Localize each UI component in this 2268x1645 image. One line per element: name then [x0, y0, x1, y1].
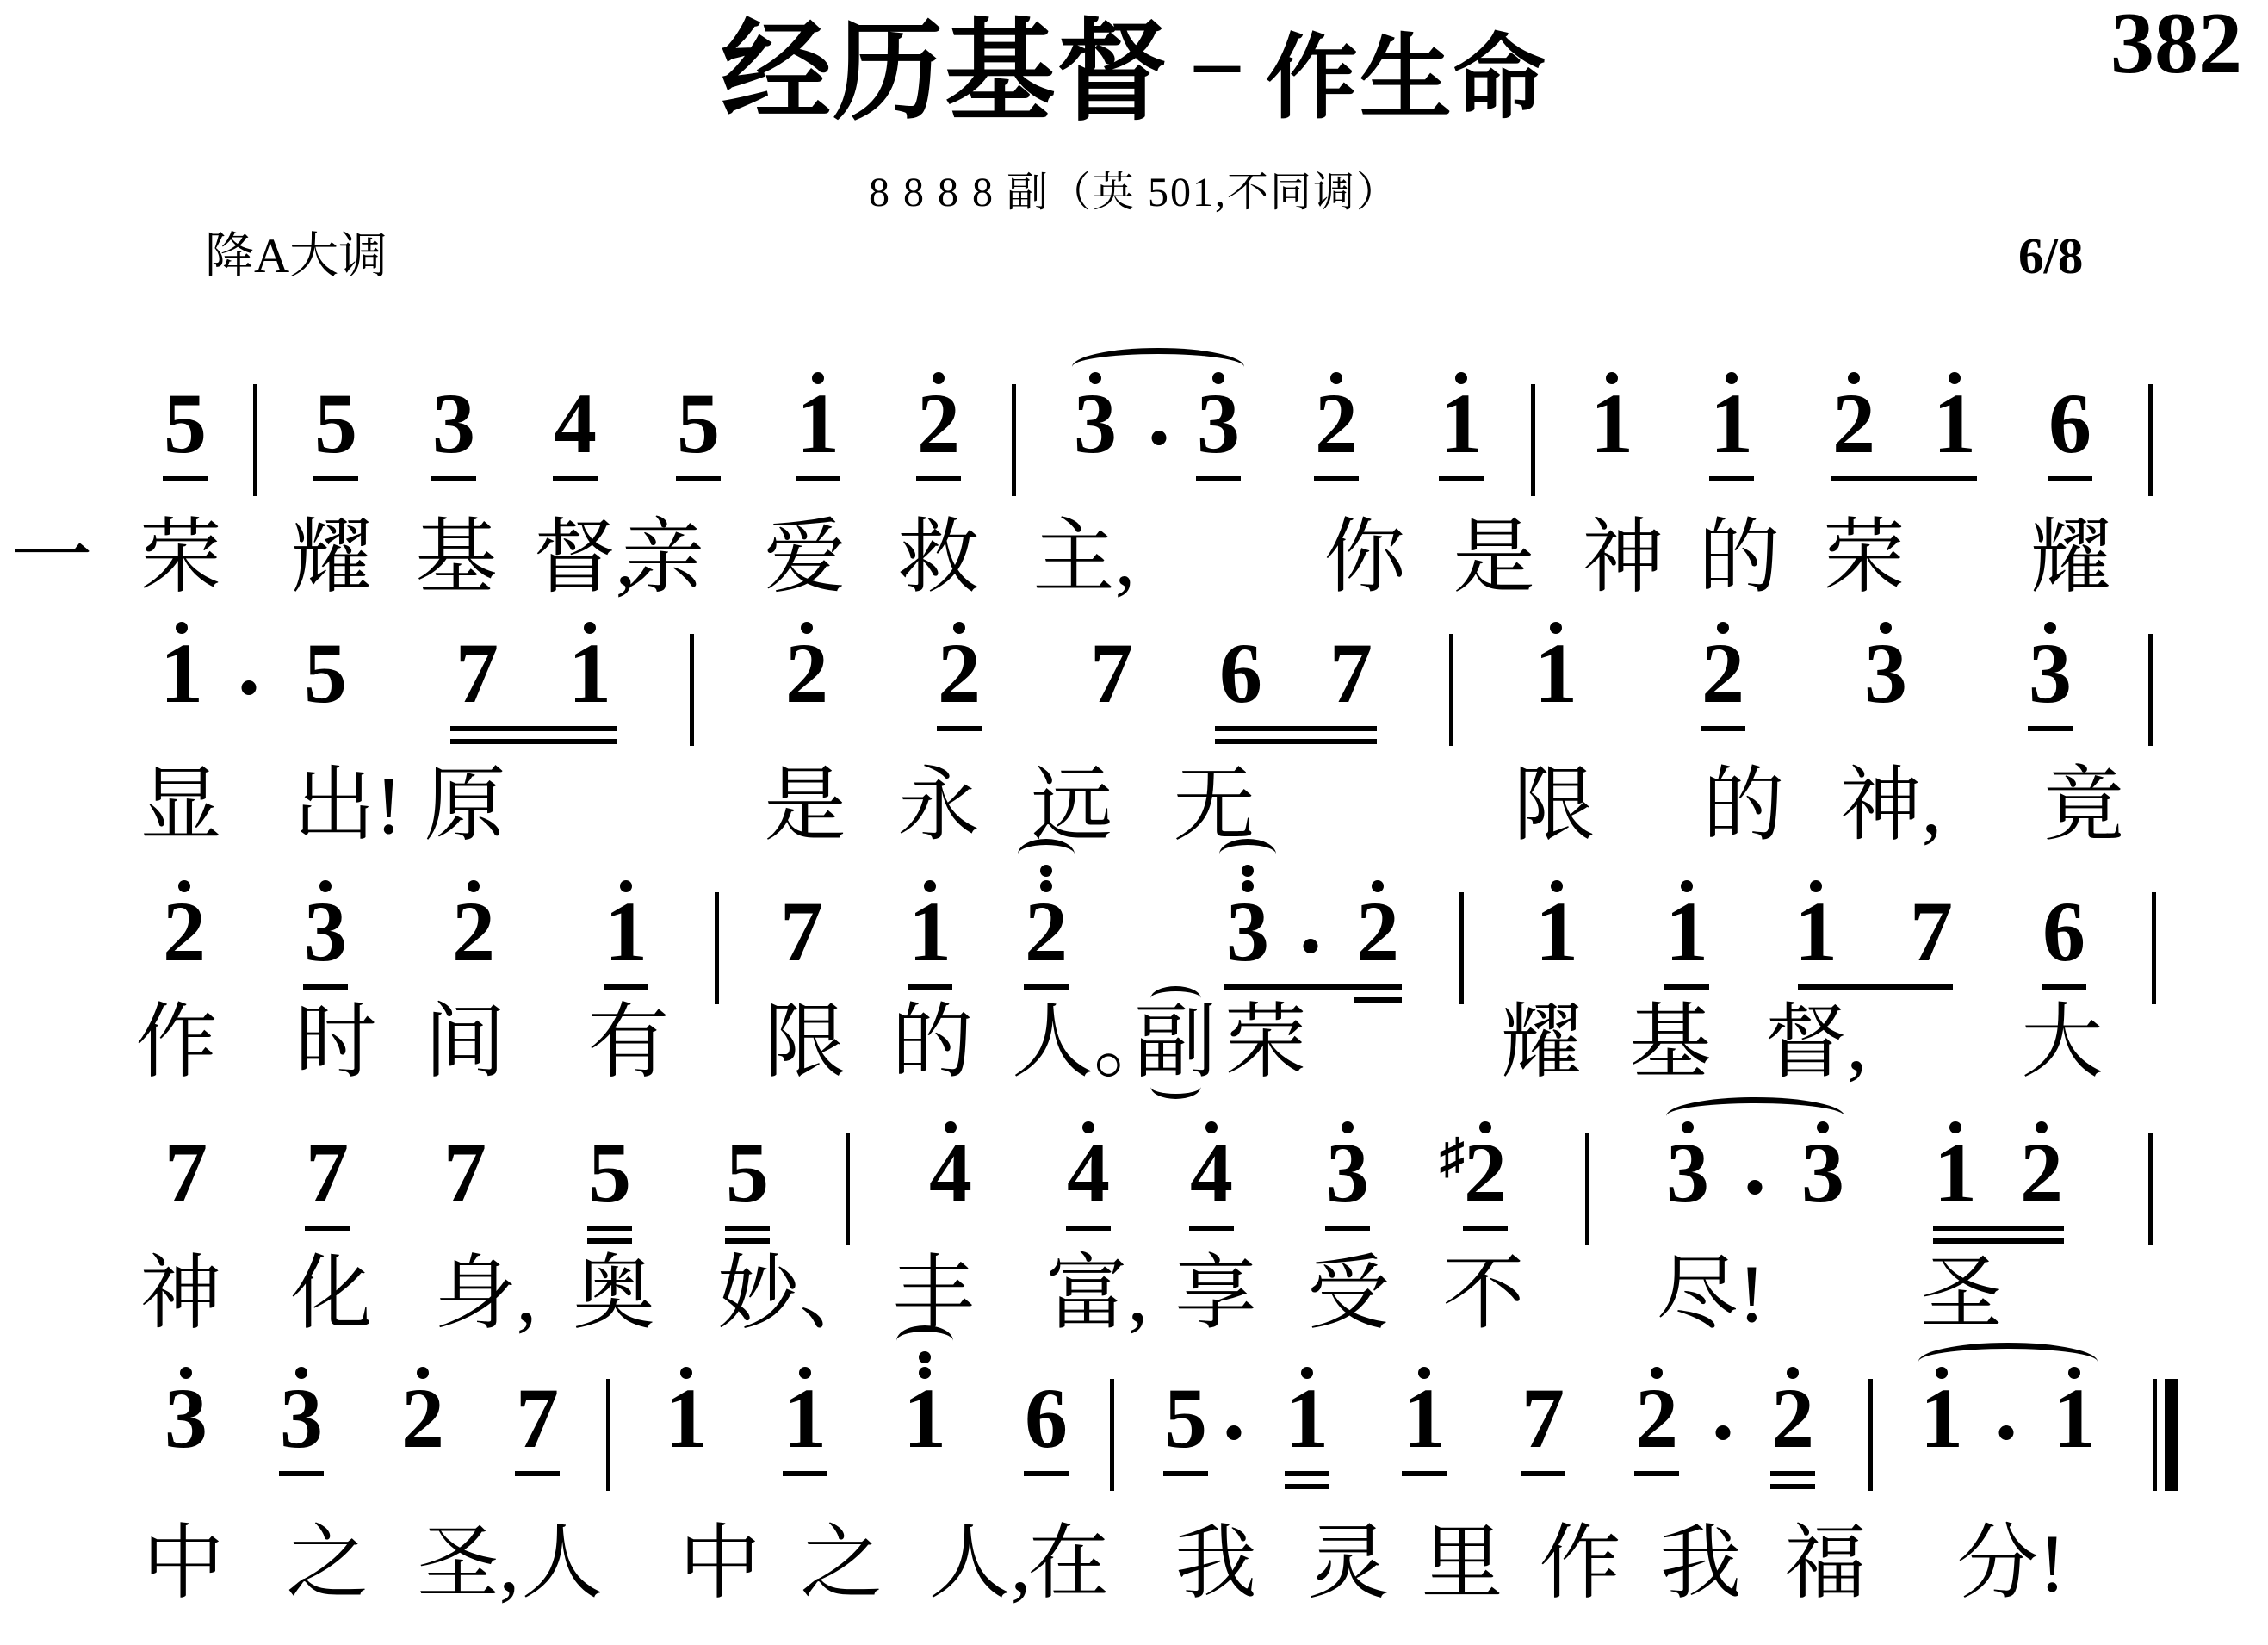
lyric-char: 身,: [435, 1253, 537, 1335]
note-digit: 1: [604, 889, 648, 975]
lyric-char: 受: [1307, 1253, 1389, 1335]
note-digit: 1: [1794, 889, 1837, 975]
duration-underline: [676, 476, 721, 481]
duration-underline: [587, 1238, 632, 1244]
note-digit: 7: [1090, 630, 1133, 717]
note-digit: 1: [665, 1375, 708, 1462]
lyric-char: 之: [286, 1523, 368, 1605]
note-digit: 7: [455, 630, 499, 717]
duration-underline: [1163, 1471, 1208, 1476]
lyric-char: 中: [142, 1523, 224, 1605]
lyric-char: 限: [764, 1002, 846, 1083]
note-digit: 2: [917, 381, 960, 467]
duration-underline: [279, 1471, 324, 1476]
duration-underline: [725, 1238, 770, 1244]
note-digit: 1: [1286, 1375, 1329, 1462]
lyric-char: 作: [135, 1002, 217, 1083]
duration-underline: [783, 1471, 827, 1476]
duration-underline: [303, 984, 348, 990]
bar-line: [253, 384, 257, 496]
note-digit: 4: [929, 1130, 972, 1216]
lyric-char: 不: [1442, 1253, 1524, 1335]
duration-underline: [604, 984, 648, 990]
duration-underline: [1189, 1226, 1234, 1231]
bar-line: [1449, 634, 1453, 746]
note-digit: 1: [1710, 381, 1753, 467]
lyric-char: 圣,: [418, 1523, 520, 1605]
note-digit: 7: [516, 1375, 559, 1462]
lyric-char: 的: [1698, 517, 1780, 599]
bar-line: [715, 892, 719, 1004]
octave-dot: [1082, 1121, 1094, 1133]
final-bar-thin: [2153, 1379, 2157, 1491]
octave-dot: [1418, 1367, 1430, 1379]
octave-dot: [1550, 622, 1562, 634]
note-digit: 2: [1701, 630, 1744, 717]
lyric-char: 竟: [2042, 765, 2124, 847]
lyric-char: 中: [679, 1523, 760, 1605]
octave-dot: [1949, 372, 1961, 384]
note-digit: 4: [1067, 1130, 1110, 1216]
duration-underline: [1933, 1238, 2064, 1244]
lyric-char: 是: [1453, 517, 1534, 599]
duration-underline: [450, 726, 617, 731]
note-digit: 2: [785, 630, 828, 717]
octave-dot: [799, 1367, 811, 1379]
note-digit: 5: [677, 381, 720, 467]
duration-underline: [916, 476, 961, 481]
octave-dot: [812, 372, 824, 384]
bar-line: [1012, 384, 1016, 496]
note-digit: 1: [1920, 1375, 1963, 1462]
duration-underline: [1831, 476, 1977, 481]
lyric-char: 圣: [1920, 1253, 2002, 1335]
lyric-char: 我: [1659, 1523, 1741, 1605]
score: 5534512332111216一荣耀基督,亲爱救主,你是神的荣耀1571227…: [0, 0, 2268, 1645]
octave-dot: [1848, 372, 1860, 384]
octave-dot: [1479, 1121, 1491, 1133]
note-digit: 2: [1025, 889, 1068, 975]
note-digit: 4: [554, 381, 597, 467]
octave-dot: [1301, 1367, 1313, 1379]
sharp-accidental: ♯: [1440, 1132, 1465, 1182]
lyric-char: 荣: [139, 517, 221, 599]
octave-dot: [1330, 372, 1342, 384]
lyric-char: 奥: [573, 1253, 654, 1335]
bar-line: [846, 1133, 850, 1245]
lyric-char: 妙、: [717, 1253, 881, 1335]
duration-underline: [2048, 476, 2092, 481]
duration-underline: [1770, 1484, 1815, 1489]
fermata-dot: [919, 1351, 931, 1363]
lyric-char: 作: [1539, 1523, 1620, 1605]
note-digit: 1: [1403, 1375, 1446, 1462]
duration-underline: [1664, 984, 1709, 990]
duration-underline: [1701, 726, 1745, 731]
slur: [1918, 1343, 2098, 1381]
augmentation-dot: [1716, 1425, 1731, 1440]
note-digit: 3: [1666, 1130, 1709, 1216]
note-digit: 1: [1590, 381, 1633, 467]
lyric-char: 大: [2021, 1002, 2103, 1083]
lyric-char: 之: [800, 1523, 882, 1605]
augmentation-dot: [1748, 1180, 1763, 1195]
octave-dot: [1372, 880, 1384, 892]
note-digit: 7: [443, 1130, 486, 1216]
octave-dot: [919, 1367, 931, 1379]
note-digit: 5: [304, 630, 347, 717]
octave-dot: [1787, 1367, 1799, 1379]
bar-line: [2148, 384, 2153, 496]
lyric-char: 荣: [1823, 517, 1905, 599]
duration-underline: [2042, 984, 2086, 990]
duration-underline: [796, 476, 840, 481]
duration-underline: [553, 476, 598, 481]
octave-dot: [2044, 622, 2056, 634]
octave-dot: [1726, 372, 1738, 384]
octave-dot: [1810, 880, 1822, 892]
duration-underline: [2028, 726, 2073, 731]
lyric-char: 督,: [1765, 1002, 1868, 1083]
duration-underline: [908, 984, 952, 990]
note-digit: 3: [1801, 1130, 1844, 1216]
lyric-char: 在: [1027, 1523, 1109, 1605]
octave-dot: [924, 880, 936, 892]
lyric-char: 丰: [892, 1253, 974, 1335]
note-digit: 1: [908, 889, 951, 975]
octave-dot: [1040, 880, 1052, 892]
duration-underline: [1196, 476, 1241, 481]
lyric-char: 耀: [290, 517, 372, 599]
lyric-char: 神: [139, 1253, 221, 1335]
octave-dot: [1651, 1367, 1663, 1379]
lyric-char: 的: [1702, 765, 1784, 847]
lyric-char: 尽!: [1657, 1253, 1766, 1335]
augmentation-dot: [1152, 431, 1167, 445]
hymn-sheet-page: 382 经历基督–作生命 8 8 8 8 副（英 501,不同调） 降A大调 6…: [0, 0, 2268, 1645]
fermata-dot: [1040, 865, 1052, 877]
note-digit: 2: [2020, 1130, 2063, 1216]
note-digit: 5: [726, 1130, 769, 1216]
octave-dot: [1205, 1121, 1218, 1133]
note-digit: 6: [2048, 381, 2091, 467]
lyric-char: 人: [521, 1523, 603, 1605]
lyric-char: 神: [1582, 517, 1664, 599]
duration-underline: [1770, 1471, 1815, 1476]
duration-underline: [1024, 984, 1069, 990]
duration-underline: [1325, 1226, 1370, 1231]
lyric-char: 间: [424, 1002, 505, 1083]
octave-dot: [180, 1367, 192, 1379]
lyric-char: 灵: [1307, 1523, 1389, 1605]
note-digit: 2: [1832, 381, 1875, 467]
note-digit: 6: [2042, 889, 2085, 975]
note-digit: 2: [401, 1375, 444, 1462]
duration-underline: [163, 476, 208, 481]
note-digit: 1: [903, 1375, 946, 1462]
lyric-char: 督,: [534, 517, 636, 599]
duration-underline: [1314, 476, 1359, 481]
octave-dot: [620, 880, 632, 892]
octave-dot: [1242, 880, 1254, 892]
lyric-char: 富,: [1046, 1253, 1149, 1335]
duration-underline: [1066, 1226, 1111, 1231]
note-digit: 1: [784, 1375, 827, 1462]
duration-underline: [1354, 997, 1402, 1003]
duration-underline: [313, 476, 358, 481]
duration-underline: [1439, 476, 1484, 481]
note-digit: 3: [1864, 630, 1907, 717]
note-digit: 3: [304, 889, 347, 975]
octave-dot: [319, 880, 332, 892]
augmentation-dot: [1227, 1425, 1242, 1440]
lyric-char: 永: [897, 765, 979, 847]
note-digit: 1: [568, 630, 611, 717]
lyric-char: 神,: [1840, 765, 1943, 847]
duration-underline: [515, 1471, 560, 1476]
lyric-char: 耀: [2029, 517, 2111, 599]
note-digit: 3: [1074, 381, 1117, 467]
augmentation-dot: [1304, 939, 1318, 953]
note-digit: 6: [1025, 1375, 1068, 1462]
note-digit: 3: [164, 1375, 208, 1462]
bar-line: [1110, 1379, 1114, 1491]
bar-line: [1531, 384, 1535, 496]
octave-dot: [178, 880, 190, 892]
note-digit: 7: [1329, 630, 1373, 717]
note-digit: 1: [1665, 889, 1708, 975]
bar-line: [2148, 1133, 2153, 1245]
duration-underline: [1224, 984, 1402, 990]
lyric-char: 分!: [1957, 1523, 2067, 1605]
octave-dot: [953, 622, 965, 634]
lyric-char: 耀: [1500, 1002, 1582, 1083]
duration-underline: [1215, 739, 1377, 744]
duration-underline: [1521, 1471, 1565, 1476]
lyric-char: 限: [1513, 765, 1595, 847]
lyric-char: 里: [1421, 1523, 1503, 1605]
lyric-char: 爱: [764, 517, 846, 599]
duration-underline: [450, 739, 617, 744]
lyric-char: 显: [139, 765, 221, 847]
octave-dot: [468, 880, 480, 892]
note-digit: 1: [1534, 630, 1577, 717]
lyric-char: 时: [294, 1002, 376, 1083]
note-digit: 7: [1521, 1375, 1565, 1462]
lyric-char: 主,: [1033, 517, 1136, 599]
lyric-char: 人,: [929, 1523, 1032, 1605]
octave-dot: [945, 1121, 957, 1133]
lyric-char: 基: [415, 517, 497, 599]
augmentation-dot: [1999, 1425, 2014, 1440]
note-digit: 1: [1934, 1130, 1977, 1216]
note-digit: 7: [164, 1130, 208, 1216]
final-bar-thick: [2165, 1379, 2178, 1491]
duration-underline: [1024, 1471, 1069, 1476]
duration-underline: [1285, 1484, 1329, 1489]
lyric-char: 荣: [1224, 1002, 1306, 1083]
lyric-char: 是: [764, 765, 846, 847]
note-digit: 4: [1190, 1130, 1233, 1216]
lyric-char: 有: [587, 1002, 669, 1083]
octave-dot: [1717, 622, 1729, 634]
duration-underline: [1463, 1226, 1508, 1231]
lyric-char: 出!: [294, 765, 403, 847]
octave-dot: [176, 622, 188, 634]
verse-number: 一: [10, 517, 92, 599]
octave-dot: [1342, 1121, 1354, 1133]
note-digit: 2: [452, 889, 495, 975]
duration-underline: [1933, 1226, 2064, 1231]
duration-underline: [431, 476, 476, 481]
note-digit: 5: [164, 381, 207, 467]
note-digit: 2: [1771, 1375, 1814, 1462]
lyric-char: 享: [1174, 1253, 1256, 1335]
duration-underline: [587, 1226, 632, 1231]
slur: [1666, 1097, 1844, 1135]
slur: [1072, 348, 1244, 386]
duration-underline: [1402, 1471, 1447, 1476]
lyric-char: 我: [1174, 1523, 1256, 1605]
note-digit: 3: [1226, 889, 1269, 975]
lyric-char: 亲: [622, 517, 703, 599]
octave-dot: [680, 1367, 692, 1379]
octave-dot: [2036, 1121, 2048, 1133]
lyric-char: 化: [290, 1253, 372, 1335]
note-digit: 1: [1933, 381, 1976, 467]
note-digit: 3: [432, 381, 475, 467]
note-digit: 5: [1164, 1375, 1207, 1462]
note-digit: 2: [938, 630, 981, 717]
bar-line: [1459, 892, 1464, 1004]
bar-line: [2152, 892, 2156, 1004]
duration-underline: [1285, 1471, 1329, 1476]
note-digit: 2: [1635, 1375, 1678, 1462]
note-digit: 2: [1315, 381, 1358, 467]
lyric-char: 无: [1173, 765, 1255, 847]
octave-dot: [1880, 622, 1892, 634]
duration-underline: [305, 1226, 350, 1231]
fermata-dot: [1242, 865, 1254, 877]
lyric-char: 救: [897, 517, 979, 599]
note-digit: 7: [780, 889, 823, 975]
note-digit: 5: [314, 381, 357, 467]
note-digit: 1: [160, 630, 203, 717]
augmentation-dot: [242, 680, 257, 695]
refrain-mark: 副: [1134, 1002, 1216, 1083]
bar-line: [1868, 1379, 1873, 1491]
duration-underline: [1798, 984, 1953, 990]
note-digit: 5: [588, 1130, 631, 1216]
lyric-char: 原: [424, 765, 505, 847]
bar-line: [2148, 634, 2153, 746]
octave-dot: [1949, 1121, 1961, 1133]
octave-dot: [584, 622, 596, 634]
note-digit: 2: [1464, 1130, 1507, 1216]
octave-dot: [1551, 880, 1563, 892]
note-digit: 1: [2053, 1375, 2096, 1462]
note-digit: 3: [280, 1375, 323, 1462]
note-digit: 7: [306, 1130, 349, 1216]
lyric-char: 远: [1031, 765, 1112, 847]
note-digit: 3: [1197, 381, 1240, 467]
lyric-char: 基: [1629, 1002, 1711, 1083]
octave-dot: [1681, 880, 1693, 892]
note-digit: 6: [1219, 630, 1262, 717]
duration-underline: [1215, 726, 1377, 731]
bar-line: [606, 1379, 610, 1491]
note-digit: 2: [163, 889, 206, 975]
lyric-char: 的: [891, 1002, 973, 1083]
bar-line: [1585, 1133, 1589, 1245]
note-digit: 2: [1356, 889, 1399, 975]
duration-underline: [1634, 1471, 1679, 1476]
duration-underline: [1709, 476, 1754, 481]
octave-dot: [801, 622, 813, 634]
bar-line: [690, 634, 694, 746]
note-digit: 1: [1440, 381, 1483, 467]
note-digit: 3: [1326, 1130, 1369, 1216]
lyric-char: 你: [1323, 517, 1405, 599]
duration-underline: [725, 1226, 770, 1231]
octave-dot: [295, 1367, 307, 1379]
octave-dot: [933, 372, 945, 384]
note-digit: 1: [1535, 889, 1578, 975]
note-digit: 7: [1910, 889, 1953, 975]
lyric-char: 福: [1784, 1523, 1866, 1605]
octave-dot: [1606, 372, 1618, 384]
octave-dot: [417, 1367, 429, 1379]
octave-dot: [1455, 372, 1467, 384]
note-digit: 3: [2029, 630, 2072, 717]
note-digit: 1: [796, 381, 840, 467]
duration-underline: [937, 726, 982, 731]
